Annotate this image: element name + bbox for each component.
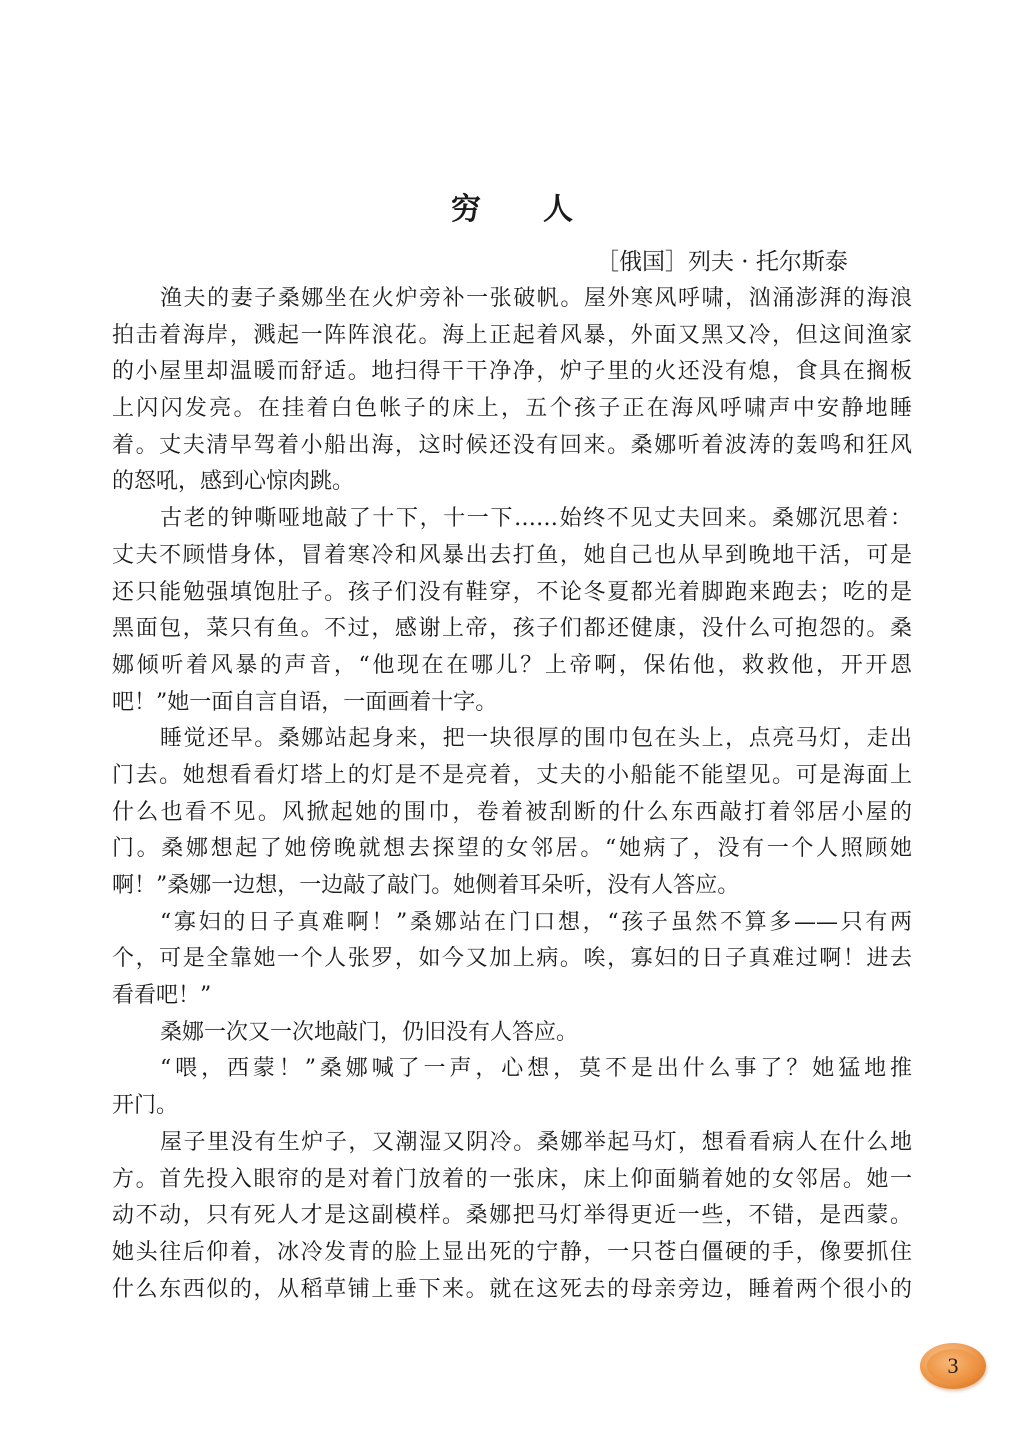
paragraph: 桑娜一次又一次地敲门，仍旧没有人答应。 <box>112 1015 912 1052</box>
page-title: 穷人 <box>0 188 1024 232</box>
text-line: 个，可是全靠她一个人张罗，如今又加上病。唉，寡妇的日子真难过啊！进去 <box>112 941 912 978</box>
text-line: 门去。她想看看灯塔上的灯是不是亮着，丈夫的小船能不能望见。可是海面上 <box>112 758 912 795</box>
text-line: 着。丈夫清早驾着小船出海，这时候还没有回来。桑娜听着波涛的轰鸣和狂风 <box>112 428 912 465</box>
text-line: 什么也看不见。风掀起她的围巾，卷着被刮断的什么东西敲打着邻居小屋的 <box>112 795 912 832</box>
text-line: 睡觉还早。桑娜站起身来，把一块很厚的围巾包在头上，点亮马灯，走出 <box>112 721 912 758</box>
article-body: 渔夫的妻子桑娜坐在火炉旁补一张破帆。屋外寒风呼啸，汹涌澎湃的海浪 拍击着海岸，溅… <box>112 281 912 1308</box>
text-line: 黑面包，菜只有鱼。不过，感谢上帝，孩子们都还健康，没什么可抱怨的。桑 <box>112 611 912 648</box>
text-line: 她头往后仰着，冰冷发青的脸上显出死的宁静，一只苍白僵硬的手，像要抓住 <box>112 1235 912 1272</box>
text-line: 开门。 <box>112 1088 912 1125</box>
text-line: 的小屋里却温暖而舒适。地扫得干干净净，炉子里的火还没有熄，食具在搁板 <box>112 354 912 391</box>
text-line: “喂，西蒙！”桑娜喊了一声，心想，莫不是出什么事了？她猛地推 <box>112 1051 912 1088</box>
text-line: “寡妇的日子真难啊！”桑娜站在门口想，“孩子虽然不算多——只有两 <box>112 905 912 942</box>
paragraph: 睡觉还早。桑娜站起身来，把一块很厚的围巾包在头上，点亮马灯，走出 门去。她想看看… <box>112 721 912 904</box>
paragraph: 渔夫的妻子桑娜坐在火炉旁补一张破帆。屋外寒风呼啸，汹涌澎湃的海浪 拍击着海岸，溅… <box>112 281 912 501</box>
text-line: 古老的钟嘶哑地敲了十下，十一下……始终不见丈夫回来。桑娜沉思着： <box>112 501 912 538</box>
document-page: 穷人 ［俄国］列夫 · 托尔斯泰 渔夫的妻子桑娜坐在火炉旁补一张破帆。屋外寒风呼… <box>0 0 1024 1439</box>
text-line: 什么东西似的，从稻草铺上垂下来。就在这死去的母亲旁边，睡着两个很小的 <box>112 1272 912 1309</box>
text-line: 拍击着海岸，溅起一阵阵浪花。海上正起着风暴，外面又黑又冷，但这间渔家 <box>112 318 912 355</box>
text-line: 桑娜一次又一次地敲门，仍旧没有人答应。 <box>112 1015 912 1052</box>
text-line: 的怒吼，感到心惊肉跳。 <box>112 464 912 501</box>
text-line: 丈夫不顾惜身体，冒着寒冷和风暴出去打鱼，她自己也从早到晚地干活，可是 <box>112 538 912 575</box>
paragraph: “寡妇的日子真难啊！”桑娜站在门口想，“孩子虽然不算多——只有两 个，可是全靠她… <box>112 905 912 1015</box>
page-number-badge: 3 <box>920 1343 986 1389</box>
text-line: 还只能勉强填饱肚子。孩子们没有鞋穿，不论冬夏都光着脚跑来跑去；吃的是 <box>112 575 912 612</box>
text-line: 门。桑娜想起了她傍晚就想去探望的女邻居。“她病了，没有一个人照顾她 <box>112 831 912 868</box>
text-line: 娜倾听着风暴的声音，“他现在在哪儿？上帝啊，保佑他，救救他，开开恩 <box>112 648 912 685</box>
text-line: 上闪闪发亮。在挂着白色帐子的床上，五个孩子正在海风呼啸声中安静地睡 <box>112 391 912 428</box>
author-byline: ［俄国］列夫 · 托尔斯泰 <box>596 244 848 280</box>
paragraph: 屋子里没有生炉子，又潮湿又阴冷。桑娜举起马灯，想看看病人在什么地 方。首先投入眼… <box>112 1125 912 1308</box>
page-number: 3 <box>948 1355 959 1377</box>
title-char-1: 穷 <box>451 192 481 227</box>
paragraph: 古老的钟嘶哑地敲了十下，十一下……始终不见丈夫回来。桑娜沉思着： 丈夫不顾惜身体… <box>112 501 912 721</box>
page-number-badge-inner: 3 <box>927 1349 979 1383</box>
title-char-2: 人 <box>543 192 573 227</box>
text-line: 吧！”她一面自言自语，一面画着十字。 <box>112 685 912 722</box>
text-line: 啊！”桑娜一边想，一边敲了敲门。她侧着耳朵听，没有人答应。 <box>112 868 912 905</box>
text-line: 屋子里没有生炉子，又潮湿又阴冷。桑娜举起马灯，想看看病人在什么地 <box>112 1125 912 1162</box>
text-line: 动不动，只有死人才是这副模样。桑娜把马灯举得更近一些，不错，是西蒙。 <box>112 1198 912 1235</box>
text-line: 渔夫的妻子桑娜坐在火炉旁补一张破帆。屋外寒风呼啸，汹涌澎湃的海浪 <box>112 281 912 318</box>
text-line: 看看吧！” <box>112 978 912 1015</box>
text-line: 方。首先投入眼帘的是对着门放着的一张床，床上仰面躺着她的女邻居。她一 <box>112 1162 912 1199</box>
paragraph: “喂，西蒙！”桑娜喊了一声，心想，莫不是出什么事了？她猛地推 开门。 <box>112 1051 912 1124</box>
